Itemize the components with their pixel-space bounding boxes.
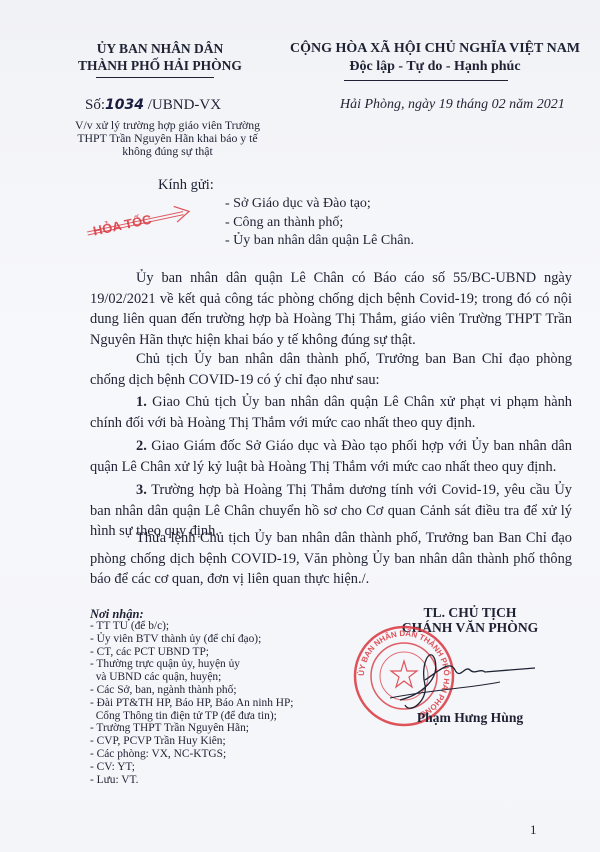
motto-underline bbox=[344, 80, 508, 81]
signature-icon bbox=[380, 640, 540, 720]
signatory-name: Phạm Hưng Hùng bbox=[360, 710, 580, 726]
distribution-item: - Thường trực quận ủy, huyện ủy bbox=[90, 658, 293, 671]
national-motto: CỘNG HÒA XÃ HỘI CHỦ NGHĨA VIỆT NAM Độc l… bbox=[290, 40, 580, 76]
issuing-authority-line2: THÀNH PHỐ HẢI PHÒNG bbox=[60, 57, 260, 74]
body-paragraph: Ủy ban nhân dân quận Lê Chân có Báo cáo … bbox=[90, 268, 572, 350]
document-subject: V/v xử lý trường hợp giáo viên Trường TH… bbox=[70, 119, 265, 158]
directive-text: Giao Giám đốc Sở Giáo dục và Đào tạo phố… bbox=[90, 438, 572, 475]
directive-number: 2. bbox=[136, 438, 147, 454]
distribution-item: Cổng Thông tin điện tử TP (để đưa tin); bbox=[90, 710, 293, 723]
distribution-item: - Trường THPT Trần Nguyên Hãn; bbox=[90, 722, 293, 735]
national-motto-line2: Độc lập - Tự do - Hạnh phúc bbox=[290, 58, 580, 76]
directive-item-2: 2. Giao Giám đốc Sở Giáo dục và Đào tạo … bbox=[90, 436, 572, 477]
paragraph-text: Thừa lệnh Chủ tịch Ủy ban nhân dân thành… bbox=[90, 530, 572, 587]
distribution-item: - CVP, PCVP Trần Huy Kiên; bbox=[90, 735, 293, 748]
directive-number: 1. bbox=[136, 394, 147, 410]
distribution-item: - Các phòng: VX, NC-KTGS; bbox=[90, 748, 293, 761]
distribution-list: - TT TU (để b/c);- Ủy viên BTV thành ủy … bbox=[90, 620, 293, 786]
document-page: ỦY BAN NHÂN DÂN THÀNH PHỐ HẢI PHÒNG CỘNG… bbox=[0, 0, 600, 852]
svg-text:HỎA TỐC: HỎA TỐC bbox=[92, 211, 154, 238]
distribution-item: - CV: YT; bbox=[90, 761, 293, 774]
recipients-list: - Sở Giáo dục và Đào tạo; - Công an thàn… bbox=[225, 195, 414, 251]
recipient-item: - Sở Giáo dục và Đào tạo; bbox=[225, 195, 414, 214]
distribution-item: - TT TU (để b/c); bbox=[90, 620, 293, 633]
page-number: 1 bbox=[530, 822, 537, 838]
distribution-item: - Lưu: VT. bbox=[90, 774, 293, 787]
urgent-stamp-icon: HỎA TỐC bbox=[82, 197, 195, 245]
directive-item-1: 1. Giao Chủ tịch Ủy ban nhân dân quận Lê… bbox=[90, 392, 572, 433]
issuing-authority-line1: ỦY BAN NHÂN DÂN bbox=[60, 40, 260, 57]
document-number-prefix: Số: bbox=[85, 97, 105, 113]
national-motto-line1: CỘNG HÒA XÃ HỘI CHỦ NGHĨA VIỆT NAM bbox=[290, 40, 580, 58]
recipients-header: Kính gửi: bbox=[158, 177, 214, 194]
distribution-item: - Đài PT&TH HP, Báo HP, Báo An ninh HP; bbox=[90, 697, 293, 710]
distribution-item: - CT, các PCT UBND TP; bbox=[90, 646, 293, 659]
distribution-item: - Ủy viên BTV thành ủy (để chỉ đạo); bbox=[90, 633, 293, 646]
directive-number: 3. bbox=[136, 482, 147, 498]
issuing-authority: ỦY BAN NHÂN DÂN THÀNH PHỐ HẢI PHÒNG bbox=[60, 40, 260, 74]
recipient-item: - Ủy ban nhân dân quận Lê Chân. bbox=[225, 232, 414, 251]
subject-line: không đúng sự thật bbox=[70, 145, 265, 158]
document-number: Số:1034 /UBND-VX bbox=[85, 97, 221, 114]
document-date: Hải Phòng, ngày 19 tháng 02 năm 2021 bbox=[340, 97, 565, 113]
distribution-item: - Các Sở, ban, ngành thành phố; bbox=[90, 684, 293, 697]
signatory-title-line1: TL. CHỦ TỊCH bbox=[360, 605, 580, 620]
document-number-suffix: /UBND-VX bbox=[144, 97, 221, 113]
paragraph-text: Ủy ban nhân dân quận Lê Chân có Báo cáo … bbox=[90, 270, 572, 348]
paragraph-text: Chủ tịch Ủy ban nhân dân thành phố, Trưở… bbox=[90, 351, 572, 388]
directive-text: Giao Chủ tịch Ủy ban nhân dân quận Lê Ch… bbox=[90, 394, 572, 431]
document-number-value: 1034 bbox=[105, 97, 144, 113]
authority-underline bbox=[96, 77, 214, 78]
recipient-item: - Công an thành phố; bbox=[225, 214, 414, 233]
closing-paragraph: Thừa lệnh Chủ tịch Ủy ban nhân dân thành… bbox=[90, 528, 572, 590]
body-paragraph: Chủ tịch Ủy ban nhân dân thành phố, Trưở… bbox=[90, 349, 572, 390]
distribution-item: và UBND các quận, huyện; bbox=[90, 671, 293, 684]
